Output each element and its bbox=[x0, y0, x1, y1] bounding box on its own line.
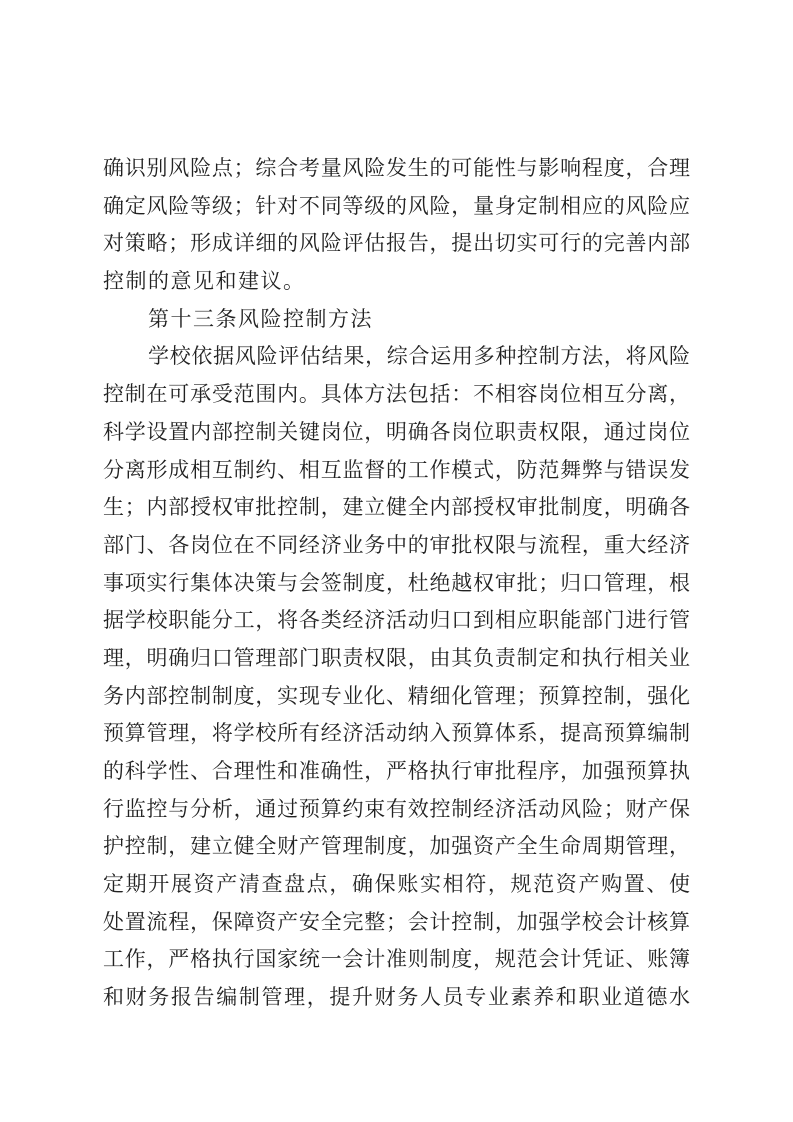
text-line: 部门、各岗位在不同经济业务中的审批权限与流程，重大经济 bbox=[103, 527, 690, 565]
text-line: 处置流程，保障资产安全完整；会计控制，加强学校会计核算 bbox=[103, 904, 690, 942]
text-line: 生；内部授权审批控制，建立健全内部授权审批制度，明确各 bbox=[103, 489, 690, 527]
text-line: 控制的意见和建议。 bbox=[103, 263, 690, 301]
text-line: 的科学性、合理性和准确性，严格执行审批程序，加强预算执 bbox=[103, 753, 690, 791]
text-line: 事项实行集体决策与会签制度，杜绝越权审批；归口管理，根 bbox=[103, 565, 690, 603]
text-line: 据学校职能分工，将各类经济活动归口到相应职能部门进行管 bbox=[103, 602, 690, 640]
text-line: 务内部控制制度，实现专业化、精细化管理；预算控制，强化 bbox=[103, 678, 690, 716]
text-line: 确定风险等级；针对不同等级的风险，量身定制相应的风险应 bbox=[103, 188, 690, 226]
text-line: 科学设置内部控制关键岗位，明确各岗位职责权限，通过岗位 bbox=[103, 414, 690, 452]
document-page: 确识别风险点；综合考量风险发生的可能性与影响程度，合理确定风险等级；针对不同等级… bbox=[0, 0, 793, 1122]
text-line: 控制在可承受范围内。具体方法包括：不相容岗位相互分离， bbox=[103, 376, 690, 414]
text-line: 工作，严格执行国家统一会计准则制度，规范会计凭证、账簿 bbox=[103, 941, 690, 979]
document-body: 确识别风险点；综合考量风险发生的可能性与影响程度，合理确定风险等级；针对不同等级… bbox=[103, 150, 690, 1017]
text-line: 预算管理，将学校所有经济活动纳入预算体系，提高预算编制 bbox=[103, 715, 690, 753]
text-line: 对策略；形成详细的风险评估报告，提出切实可行的完善内部 bbox=[103, 225, 690, 263]
text-line: 确识别风险点；综合考量风险发生的可能性与影响程度，合理 bbox=[103, 150, 690, 188]
text-line: 第十三条风险控制方法 bbox=[103, 301, 690, 339]
text-line: 定期开展资产清查盘点，确保账实相符，规范资产购置、使用、 bbox=[103, 866, 690, 904]
text-line: 学校依据风险评估结果，综合运用多种控制方法，将风险 bbox=[103, 338, 690, 376]
text-line: 分离形成相互制约、相互监督的工作模式，防范舞弊与错误发 bbox=[103, 452, 690, 490]
text-line: 理，明确归口管理部门职责权限，由其负责制定和执行相关业 bbox=[103, 640, 690, 678]
text-line: 护控制，建立健全财产管理制度，加强资产全生命周期管理， bbox=[103, 828, 690, 866]
text-line: 和财务报告编制管理，提升财务人员专业素养和职业道德水平， bbox=[103, 979, 690, 1017]
text-line: 行监控与分析，通过预算约束有效控制经济活动风险；财产保 bbox=[103, 791, 690, 829]
